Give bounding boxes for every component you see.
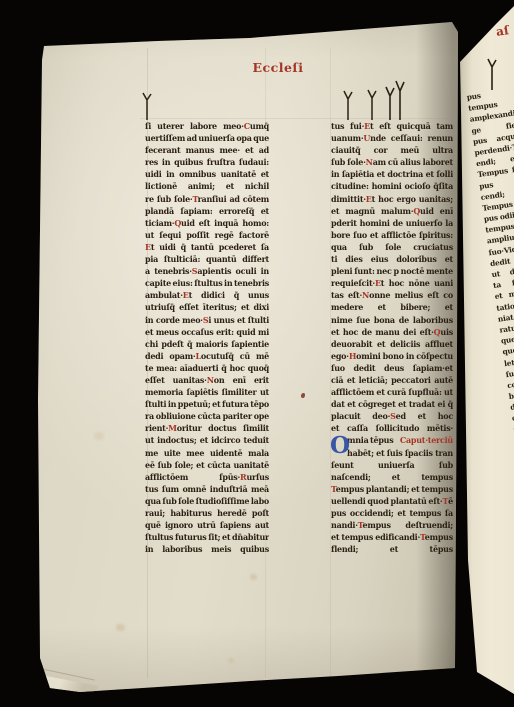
- text-line: citudine: homini ocioſo q̄ſita: [331, 180, 453, 192]
- text-line: requieſcit·Et hoc nōne uani: [331, 277, 453, 289]
- text-line: eē ſub ſole; et cūcta uanitatē et: [145, 459, 269, 471]
- text-line: medere et bibere; et oſtendere a: [331, 301, 453, 313]
- ruling-line: [140, 118, 455, 119]
- text-line: naſcendi; et tempus moriendi·: [331, 471, 453, 483]
- text-line: ſuo dedit deus ſapiam·et ſcien: [331, 362, 453, 374]
- text-line: capite eius: ſtultus in tenebris: [145, 277, 269, 289]
- text-line: placuit deo·Sed et hoc uanitas: [331, 410, 453, 422]
- text-line: raui; habiturus heredē poſt me: [145, 507, 269, 519]
- rubricated-capital: S: [390, 411, 396, 421]
- next-page-edge: aſ pus ſpargendi lapides: ettempus colli…: [456, 0, 514, 707]
- text-line: ſi uterer labore meo·Cumq̄ me: [145, 120, 269, 132]
- text-line: quē ignoro utrū ſapiens aut: [145, 519, 269, 531]
- rubricated-capital: H: [349, 351, 356, 361]
- rubricated-capital: Q: [434, 327, 441, 337]
- text-column-left: ſi uterer labore meo·Cumq̄ meuertiſſem a…: [145, 120, 269, 555]
- text-line: fecerant manus mee· et ad labo: [145, 144, 269, 156]
- rubricated-capital: Q: [413, 206, 420, 216]
- text-line: me uite mee uidentē mala uniſa: [145, 447, 269, 459]
- text-line: deuorabit et deliciis affluet ut: [331, 338, 453, 350]
- text-line: memoria ſapiētis ſimiliter ut: [145, 386, 269, 398]
- text-line: afflictōem et curā ſupfluā: ut ad: [331, 386, 453, 398]
- column-upper-text: tus fui·Et eſt quicquā tamuanum·Unde ceſ…: [331, 120, 453, 434]
- next-page-text: pus ſpargendi lapides: ettempus colligen…: [466, 80, 514, 535]
- running-title-fragment: aſ: [495, 23, 510, 39]
- rubricated-capital: U: [363, 133, 370, 143]
- text-line: uertiſſem ad uniuerſa opa que: [145, 132, 269, 144]
- text-line: re ſub ſole·Tranſiui ad cōtem: [145, 193, 269, 205]
- text-line: ti dies eius doloribus et erūnis: [331, 253, 453, 265]
- rubricated-capital: N: [366, 157, 373, 167]
- text-line: afflictōem ſpūs·Rurſus deteſta: [145, 471, 269, 483]
- text-line: ra obliuione cūcta pariter ope: [145, 410, 269, 422]
- text-line: uellendi quod plantatū eſt·Tē: [331, 495, 453, 507]
- rubricated-capital: E: [375, 278, 381, 288]
- ascender-flourish-icon: [394, 80, 406, 120]
- text-line: dimittit·Et hoc ergo uanitas;: [331, 193, 453, 205]
- chapter-first-words: mnia tēpus: [347, 434, 394, 446]
- ascender-flourish-icon: [486, 58, 498, 90]
- rubricated-capital: E: [364, 121, 370, 131]
- text-line: res in quibus fruſtra ſudaui:: [145, 156, 269, 168]
- text-line: ut ſequi poſſit regē factorē ſuū·: [145, 229, 269, 241]
- text-line: flendi; et tēpus ridendi·Tempus: [331, 543, 453, 555]
- text-line: ciā et leticiā; peccatori autē dedit: [331, 374, 453, 386]
- left-page: Eccleſi ſi uterer labore meo·Cumq̄ meuer…: [38, 18, 458, 694]
- text-line: rient·Moritur doctus ſimilit: [145, 422, 269, 434]
- ink-stain: [228, 658, 234, 663]
- rubricated-capital: T: [331, 484, 336, 494]
- text-line: te mea: aīaduerti q̄ hoc quoq̄: [145, 362, 269, 374]
- rubricated-capital: Q: [174, 218, 181, 228]
- rubricated-capital: E: [183, 290, 189, 300]
- rubricated-capital: T: [358, 520, 363, 530]
- text-line: in corde meo·Si unus et ſtulti: [145, 314, 269, 326]
- text-line: tus fui·Et eſt quicquā tam: [331, 120, 453, 132]
- text-line: dat et cōgreget et tradat ei q̄: [331, 398, 453, 410]
- ascender-flourish-icon: [342, 90, 354, 120]
- text-line: tus ſum omnē induſtriā meā: [145, 483, 269, 495]
- text-line: utriuſq̄ eſſet īteritus; et dixi: [145, 301, 269, 313]
- text-line: lictionē animi; et nichil pmane: [145, 180, 269, 192]
- ink-stain: [116, 624, 125, 631]
- text-line: in ſapiētia et doctrina et ſolli: [331, 168, 453, 180]
- chapter-rubric: Caput·terciū: [400, 434, 453, 446]
- text-line: pia ſtulticiā: quantū differt lux: [145, 253, 269, 265]
- rubricated-capital: L: [195, 351, 200, 361]
- text-line: Et uidi q̄ tantū pcederet ſa: [145, 241, 269, 253]
- text-line: uanum·Unde ceſſaui: renun: [331, 132, 453, 144]
- rubricated-capital: C: [244, 121, 250, 131]
- rubricated-capital: S: [203, 315, 209, 325]
- text-line: ut indoctus; et idcirco teduit: [145, 434, 269, 446]
- text-line: ticiam·Quid eſt inquā homo:: [145, 217, 269, 229]
- rubricated-capital: T: [420, 532, 425, 542]
- text-line: ſtulti in ppetuū; et futura tēpo: [145, 398, 269, 410]
- text-line: ciauitq̄ cor meū ultra laborare: [331, 144, 453, 156]
- text-line: ſub ſole·Nam cū alius laboret: [331, 156, 453, 168]
- chapter-initial: O: [330, 435, 350, 457]
- text-line: ambulat·Et didici q̄ unus: [145, 289, 269, 301]
- text-line: uidi in omnibus uanitatē et aff: [145, 168, 269, 180]
- text-line: qua ſub ſole ſtudioſiſſime labo: [145, 495, 269, 507]
- text-line: tas eſt·Nonne melius eſt co: [331, 289, 453, 301]
- text-column-right: tus fui·Et eſt quicquā tamuanum·Unde ceſ…: [331, 120, 453, 555]
- rubricated-capital: E: [366, 194, 372, 204]
- rubricated-capital: E: [145, 242, 151, 252]
- text-line: in laboribus meis quibus deſudaui et: [145, 543, 269, 555]
- text-line: plandā ſapiam: erroreſq̄ et ſtul: [145, 205, 269, 217]
- text-line: et magnū malum·Quid enī: [331, 205, 453, 217]
- text-line: Tempus plantandi; et tempus e: [331, 483, 453, 495]
- ascender-flourish-icon: [141, 92, 153, 120]
- text-line: ego·Homini bono in cōſpectu: [331, 350, 453, 362]
- text-line: bore ſuo et afflictōe ſpiritus:: [331, 229, 453, 241]
- rubricated-capital: R: [240, 472, 246, 482]
- text-line: pderit homini de uniuerſo la: [331, 217, 453, 229]
- text-line: eſſet uanitas·Non enī erit: [145, 374, 269, 386]
- manuscript-photo: aſ pus ſpargendi lapides: ettempus colli…: [0, 0, 514, 707]
- text-line: nandi·Tempus deſtruendi;: [331, 519, 453, 531]
- rubricated-capital: M: [168, 423, 177, 433]
- rubricated-capital: T: [442, 496, 448, 506]
- text-line: ſeunt uniuerſa ſub celo·Tēpus: [331, 459, 453, 471]
- text-line: nime ſue bona de laboribus ſuis·: [331, 314, 453, 326]
- text-line: et hoc de manu dei eſt·Quis ita: [331, 326, 453, 338]
- chapter-start: O mnia tēpus Caput·terciū habēt; et ſuis…: [331, 434, 453, 458]
- ink-stain: [301, 393, 305, 398]
- running-title: Eccleſi: [208, 60, 348, 75]
- text-line: et tempus edificandi·Tempus: [331, 531, 453, 543]
- ink-stain: [94, 432, 104, 440]
- ink-stain: [250, 574, 257, 580]
- rubricated-capital: S: [192, 266, 198, 276]
- column-lower-text: ſeunt uniuerſa ſub celo·Tēpusnaſcendi; e…: [331, 459, 453, 556]
- rubricated-capital: T: [192, 194, 197, 204]
- text-line: et meus occaſus erit: quid mi: [145, 326, 269, 338]
- text-line: pus occidendi; et tempus ſa: [331, 507, 453, 519]
- text-line: a tenebris·Sapientis oculi in: [145, 265, 269, 277]
- text-line: pleni ſunt: nec p noctē mente: [331, 265, 453, 277]
- rubricated-capital: N: [207, 375, 214, 385]
- ascender-flourish-icon: [366, 89, 378, 120]
- text-line: dedi opam·Locutuſq̄ cū mē: [145, 350, 269, 362]
- text-line: ſtultus futurus ſit; et dn̄abitur: [145, 531, 269, 543]
- text-line: chi pdeſt q̄ maioris ſapientie: [145, 338, 269, 350]
- text-line: qua ſub ſole cruciatus eſt·Cūc: [331, 241, 453, 253]
- rubricated-capital: N: [362, 290, 369, 300]
